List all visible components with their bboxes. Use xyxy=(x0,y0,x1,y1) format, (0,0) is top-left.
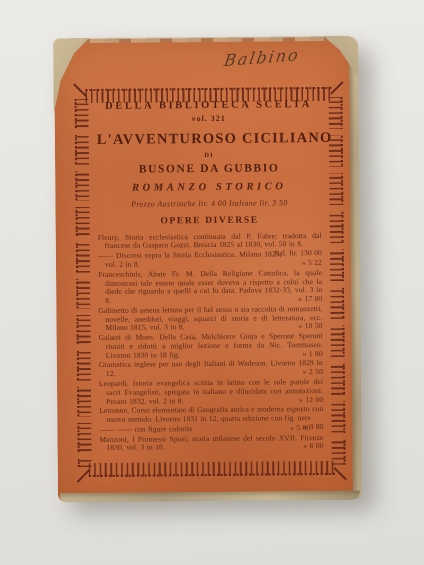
entry-price: » 2 50 xyxy=(310,368,323,377)
catalog-entry: Letronne, Corso elementare di Geografia … xyxy=(99,405,323,424)
entry-price: » 3 80 xyxy=(310,423,323,432)
entry-price: » 6 00 xyxy=(310,442,323,451)
entry-text: Manzoni, I Promessi Sposi; storia milane… xyxy=(99,433,323,453)
genre-label: ROMANZO STORICO xyxy=(97,182,321,194)
frame-corner-bottom-right xyxy=(334,467,348,480)
entry-price: » 12 00 xyxy=(306,395,323,404)
catalog-entry: Gramatica inglese per uso degli Italiani… xyxy=(99,359,323,378)
cover-text-block: DELLA BIBLIOTECA SCELTA vol. 321 L'AVVEN… xyxy=(97,100,324,454)
page-block-right-edge xyxy=(349,37,362,499)
entry-text: Fleury, Storia ecclesiastica continuata … xyxy=(98,231,322,251)
di-label: DI xyxy=(97,152,321,160)
entry-text: —— Discorsi sopra la Storia Ecclesiastic… xyxy=(98,250,282,269)
entry-text: Letronne, Corso elementare di Geografia … xyxy=(99,404,323,424)
catalog-heading: OPERE DIVERSE xyxy=(98,216,322,227)
catalog-entry: Leopardi, Istoria evangelica scritta in … xyxy=(99,378,323,406)
entry-price: » 5 00 xyxy=(297,424,310,433)
entry-text: Franceschinis, Abate Fr. M. Della Religi… xyxy=(98,268,322,305)
frame-border-right xyxy=(329,97,346,465)
entry-text: Gabinetto di amena lettura per il bel se… xyxy=(98,304,322,332)
price-line: Prezzo Austriache lir. 4 00 Italiane lir… xyxy=(97,199,321,209)
entry-text: —— —— con figure colorite xyxy=(99,424,192,434)
frame-border-bottom xyxy=(89,461,335,477)
entry-text: Leopardi, Istoria evangelica scritta in … xyxy=(99,377,323,405)
volume-number: vol. 321 xyxy=(97,114,321,124)
frame-corner-top-right xyxy=(330,81,343,95)
entry-text: Galatei di Mons. Della Casa, Melchiorre … xyxy=(99,331,323,359)
book-cover: Balbino DELLA BIBLIOTECA SCELTA vol. 321… xyxy=(54,37,361,502)
series-title: DELLA BIBLIOTECA SCELTA xyxy=(97,100,321,112)
entry-price: Ital. lir. 130 00 xyxy=(282,249,322,258)
entry-price: » 5 22 xyxy=(309,259,322,268)
decorative-printed-frame: DELLA BIBLIOTECA SCELTA vol. 321 L'AVVEN… xyxy=(74,87,345,477)
catalog-entry: Franceschinis, Abate Fr. M. Della Religi… xyxy=(98,269,322,306)
worn-top-edge xyxy=(64,36,349,43)
catalog-entry: Gabinetto di amena lettura per il bel se… xyxy=(98,305,322,333)
entry-text: Gramatica inglese per uso degli Italiani… xyxy=(99,358,323,378)
author-name: BUSONE DA GUBBIO xyxy=(97,163,321,176)
book-photo: Balbino DELLA BIBLIOTECA SCELTA vol. 321… xyxy=(0,0,424,565)
catalog-entries: Fleury, Storia ecclesiastica continuata … xyxy=(98,232,324,453)
book-title: L'AVVENTUROSO CICILIANO xyxy=(97,131,321,148)
catalog-entry: Manzoni, I Promessi Sposi; storia milane… xyxy=(99,434,323,453)
handwritten-owner-name: Balbino xyxy=(223,41,346,70)
catalog-entry: Fleury, Storia ecclesiastica continuata … xyxy=(98,232,322,251)
entry-price: » 17 00 xyxy=(305,295,322,304)
page-block-bottom-edge xyxy=(60,491,360,503)
catalog-entry: Galatei di Mons. Della Casa, Melchiorre … xyxy=(99,332,323,360)
frame-border-left xyxy=(75,99,92,467)
entry-price: » 1 80 xyxy=(310,350,323,359)
entry-price: » 10 50 xyxy=(305,322,322,331)
